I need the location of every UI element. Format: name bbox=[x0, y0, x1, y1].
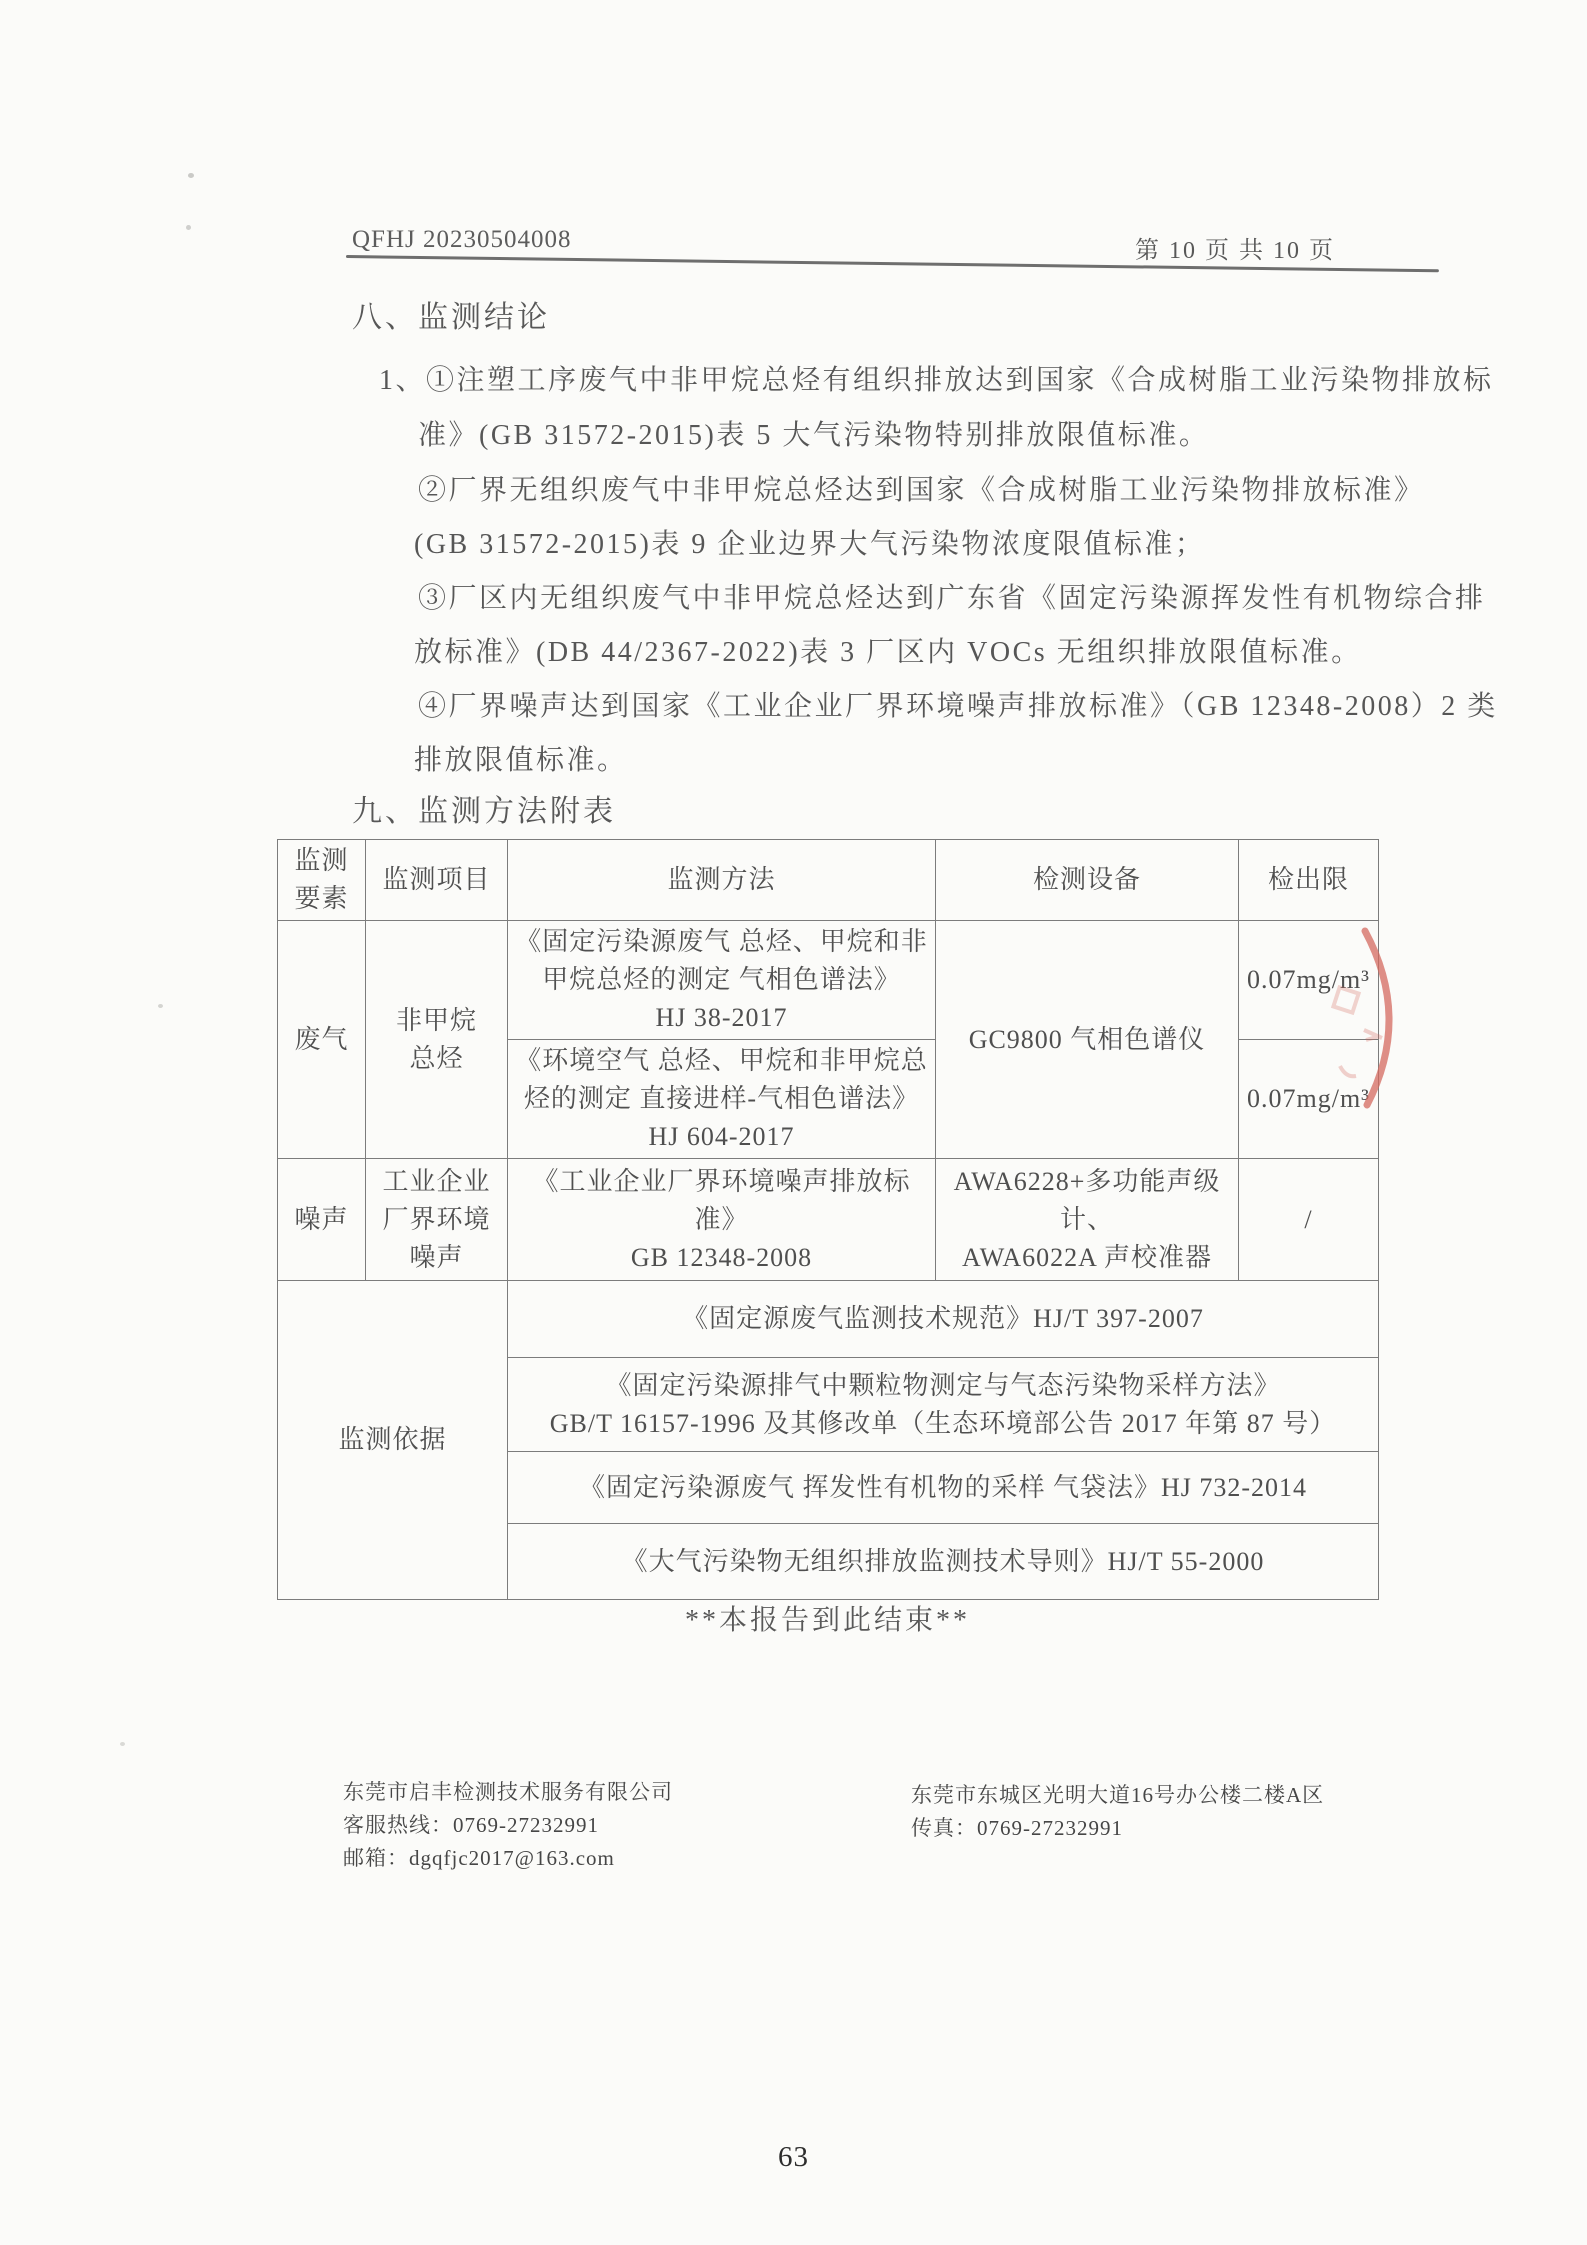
cell-item-nmhc: 非甲烷 总烃 bbox=[366, 921, 508, 1159]
table-header-row: 监测 要素 监测项目 监测方法 检测设备 检出限 bbox=[278, 840, 1379, 921]
cell-element-wastegas: 废气 bbox=[278, 921, 366, 1159]
header-method: 监测方法 bbox=[508, 840, 936, 921]
report-number: QFHJ 20230504008 bbox=[352, 226, 572, 254]
cell-method-gb12348: 《工业企业厂界环境噪声排放标准》 GB 12348-2008 bbox=[508, 1159, 936, 1281]
header-element: 监测 要素 bbox=[278, 840, 366, 921]
conclusion-line: (GB 31572-2015)表 9 企业边界大气污染物浓度限值标准； bbox=[414, 522, 1205, 562]
table-row: 废气 非甲烷 总烃 《固定污染源废气 总烃、甲烷和非 甲烷总烃的测定 气相色谱法… bbox=[278, 921, 1379, 1040]
footer-company-block: 东莞市启丰检测技术服务有限公司 客服热线：0769-27232991 邮箱：dg… bbox=[343, 1776, 673, 1875]
conclusion-line: 准》(GB 31572-2015)表 5 大气污染物特别排放限值标准。 bbox=[418, 413, 1209, 453]
header-equipment: 检测设备 bbox=[936, 840, 1239, 921]
conclusion-line: ④厂界噪声达到国家《工业企业厂界环境噪声排放标准》（GB 12348-2008）… bbox=[418, 684, 1498, 724]
scan-speck bbox=[120, 1742, 125, 1746]
conclusion-line: ③厂区内无组织废气中非甲烷总烃达到广东省《固定污染源挥发性有机物综合排 bbox=[418, 576, 1486, 616]
page-number: 63 bbox=[0, 2141, 1587, 2174]
section9-title: 九、监测方法附表 bbox=[352, 786, 616, 830]
conclusion-line: ②厂界无组织废气中非甲烷总烃达到国家《合成树脂工业污染物排放标准》 bbox=[418, 468, 1425, 508]
cell-limit-2: 0.07mg/m³ bbox=[1239, 1040, 1379, 1159]
scan-speck bbox=[158, 1004, 163, 1008]
cell-method-hj38: 《固定污染源废气 总烃、甲烷和非 甲烷总烃的测定 气相色谱法》 HJ 38-20… bbox=[508, 921, 936, 1040]
scan-speck bbox=[186, 225, 191, 230]
monitoring-method-table: 监测 要素 监测项目 监测方法 检测设备 检出限 废气 非甲烷 总烃 《固定污染… bbox=[277, 839, 1379, 1600]
footer-hotline: 客服热线：0769-27232991 bbox=[343, 1809, 673, 1842]
section8-title: 八、监测结论 bbox=[352, 292, 550, 336]
header-limit: 检出限 bbox=[1239, 840, 1379, 921]
table-row: 噪声 工业企业 厂界环境 噪声 《工业企业厂界环境噪声排放标准》 GB 1234… bbox=[278, 1159, 1379, 1281]
table-row: 监测依据 《固定源废气监测技术规范》HJ/T 397-2007 bbox=[278, 1281, 1379, 1358]
footer-company-name: 东莞市启丰检测技术服务有限公司 bbox=[343, 1776, 673, 1809]
footer-email: 邮箱：dgqfjc2017@163.com bbox=[343, 1842, 673, 1875]
conclusion-line: 1、①注塑工序废气中非甲烷总烃有组织排放达到国家《合成树脂工业污染物排放标 bbox=[379, 358, 1494, 398]
cell-method-hj604: 《环境空气 总烃、甲烷和非甲烷总 烃的测定 直接进样-气相色谱法》 HJ 604… bbox=[508, 1040, 936, 1159]
cell-item-noise: 工业企业 厂界环境 噪声 bbox=[366, 1159, 508, 1281]
footer-address-block: 东莞市东城区光明大道16号办公楼二楼A区 传真：0769-27232991 bbox=[911, 1779, 1324, 1845]
cell-element-noise: 噪声 bbox=[278, 1159, 366, 1281]
conclusion-line: 排放限值标准。 bbox=[414, 738, 628, 778]
cell-basis-1: 《固定源废气监测技术规范》HJ/T 397-2007 bbox=[508, 1281, 1379, 1358]
cell-limit-noise: / bbox=[1239, 1159, 1379, 1281]
footer-fax: 传真：0769-27232991 bbox=[911, 1812, 1324, 1845]
cell-equipment-awa: AWA6228+多功能声级计、 AWA6022A 声校准器 bbox=[936, 1159, 1239, 1281]
cell-limit-1: 0.07mg/m³ bbox=[1239, 921, 1379, 1040]
cell-basis-2: 《固定污染源排气中颗粒物测定与气态污染物采样方法》 GB/T 16157-199… bbox=[508, 1358, 1379, 1452]
monitoring-method-table-wrap: 监测 要素 监测项目 监测方法 检测设备 检出限 废气 非甲烷 总烃 《固定污染… bbox=[277, 839, 1379, 1600]
cell-basis-label: 监测依据 bbox=[278, 1281, 508, 1600]
page-indicator: 第 10 页 共 10 页 bbox=[1135, 230, 1335, 265]
header-item: 监测项目 bbox=[366, 840, 508, 921]
conclusion-line: 放标准》(DB 44/2367-2022)表 3 厂区内 VOCs 无组织排放限… bbox=[414, 630, 1362, 670]
footer-address: 东莞市东城区光明大道16号办公楼二楼A区 bbox=[911, 1779, 1324, 1812]
cell-equipment-gc9800: GC9800 气相色谱仪 bbox=[936, 921, 1239, 1159]
report-page: QFHJ 20230504008 第 10 页 共 10 页 八、监测结论 1、… bbox=[0, 0, 1587, 2245]
end-of-report-note: **本报告到此结束** bbox=[277, 1598, 1378, 1638]
cell-basis-4: 《大气污染物无组织排放监测技术导则》HJ/T 55-2000 bbox=[508, 1524, 1379, 1600]
scan-speck bbox=[188, 173, 194, 178]
cell-basis-3: 《固定污染源废气 挥发性有机物的采样 气袋法》HJ 732-2014 bbox=[508, 1452, 1379, 1524]
